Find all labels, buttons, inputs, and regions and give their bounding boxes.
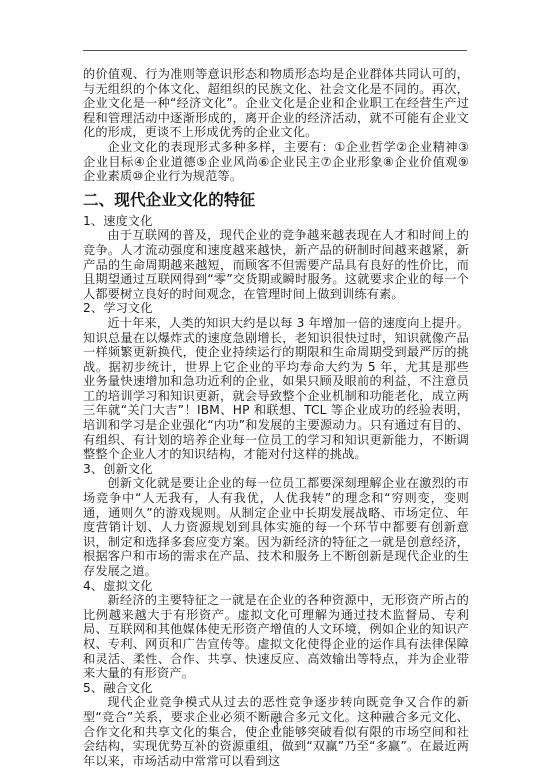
continuation-paragraph: 的价值观、行为准则等意识形态和物质形态均是企业群体共同认可的，与无组织的个体文化… <box>83 67 469 140</box>
subsection-title-speed: 1、速度文化 <box>83 214 469 229</box>
subsection-body-innovation: 创新文化就是要让企业的每一位员工都要深刻理解企业在激烈的市场竞争中“人无我有，人… <box>83 476 469 578</box>
page-number: 2 <box>270 720 282 732</box>
subsection-body-learning: 近十年来，人类的知识大约是以每 3 年增加一倍的速度向上提升。知识总量在以爆炸式… <box>83 316 469 462</box>
header-rule <box>83 50 467 51</box>
subsection-title-virtual: 4、虚拟文化 <box>83 579 469 594</box>
document-body: 的价值观、行为准则等意识形态和物质形态均是企业群体共同认可的，与无组织的个体文化… <box>83 67 469 768</box>
forms-paragraph: 企业文化的表现形式多种多样，主要有：①企业哲学②企业精神③企业目标④企业道德⑤企… <box>83 140 469 184</box>
document-page: 的价值观、行为准则等意识形态和物质形态均是企业群体共同认可的，与无组织的个体文化… <box>0 0 549 778</box>
subsection-title-learning: 2、学习文化 <box>83 301 469 316</box>
section-heading: 二、现代企业文化的特征 <box>83 190 469 210</box>
subsection-body-virtual: 新经济的主要特征之一就是在企业的各种资源中，无形资产所占的比例越来越大于有形资产… <box>83 593 469 681</box>
subsection-title-fusion: 5、融合文化 <box>83 681 469 696</box>
subsection-title-innovation: 3、创新文化 <box>83 462 469 477</box>
subsection-body-speed: 由于互联网的普及，现代企业的竞争越来越表现在人才和时间上的竞争。人才流动强度和速… <box>83 228 469 301</box>
